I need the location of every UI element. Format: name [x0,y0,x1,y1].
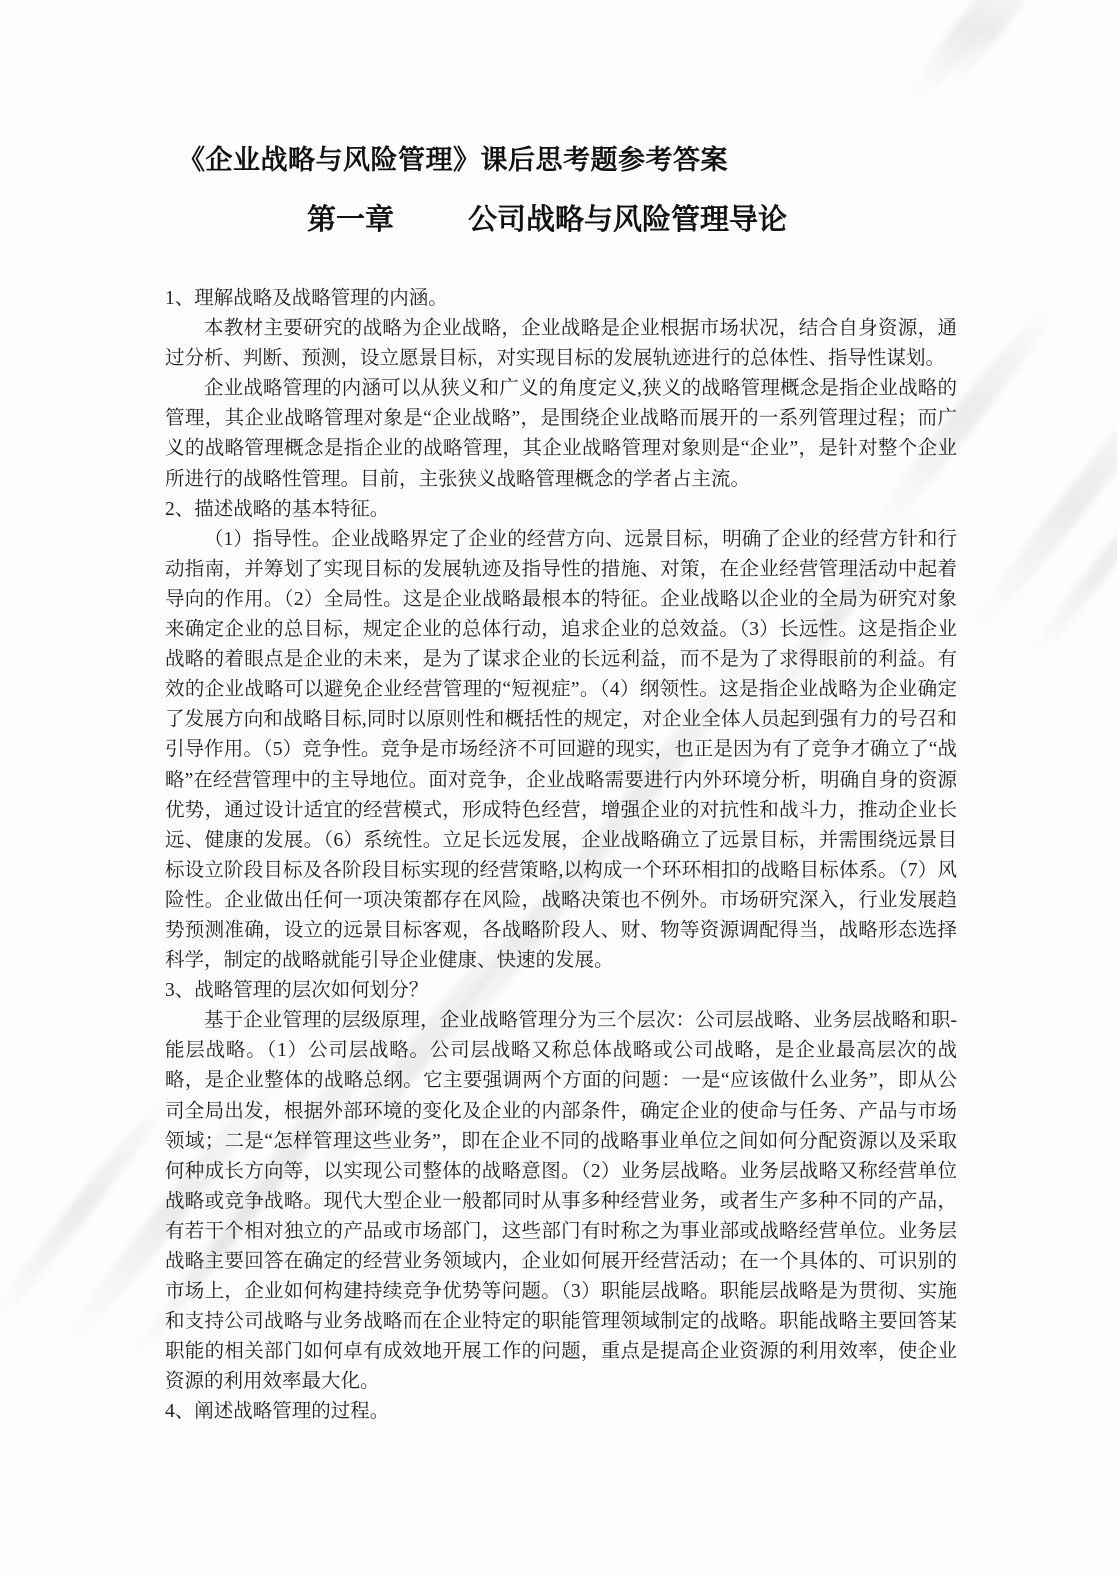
watermark-streak [1020,461,1117,669]
answer-paragraph: （1）指导性。企业战略界定了企业的经营方向、远景目标，明确了企业的经营方针和行动… [165,525,957,976]
watermark-streak [944,0,1043,90]
document-title: 《企业战略与风险管理》课后思考题参考答案 [178,140,957,180]
document-content: 《企业战略与风险管理》课后思考题参考答案 第一章 公司战略与风险管理导论 1、理… [165,140,957,1428]
document-body: 1、理解战略及战略管理的内涵。 本教材主要研究的战略为企业战略，企业战略是企业根… [165,284,957,1428]
watermark-streak [0,1086,180,1335]
question-item-2: 2、描述战略的基本特征。 [165,495,957,525]
question-item-1: 1、理解战略及战略管理的内涵。 [165,284,957,314]
chapter-heading: 第一章 公司战略与风险管理导论 [307,198,957,242]
answer-paragraph: 本教材主要研究的战略为企业战略，企业战略是企业根据市场状况，结合自身资源，通过分… [165,314,957,374]
chapter-title: 公司战略与风险管理导论 [468,198,787,242]
answer-paragraph: 基于企业管理的层级原理，企业战略管理分为三个层次：公司层战略、业务层战略和职-能… [165,1006,957,1397]
answer-paragraph: 企业战略管理的内涵可以从狭义和广义的角度定义,狭义的战略管理概念是指企业战略的管… [165,374,957,494]
watermark-streak [961,367,1117,643]
document-page: 《企业战略与风险管理》课后思考题参考答案 第一章 公司战略与风险管理导论 1、理… [0,0,1117,1579]
question-item-3: 3、战略管理的层次如何划分？ [165,976,957,1006]
chapter-number: 第一章 [307,198,394,242]
watermark-streak [902,0,1033,109]
question-item-4: 4、阐述战略管理的过程。 [165,1397,957,1427]
